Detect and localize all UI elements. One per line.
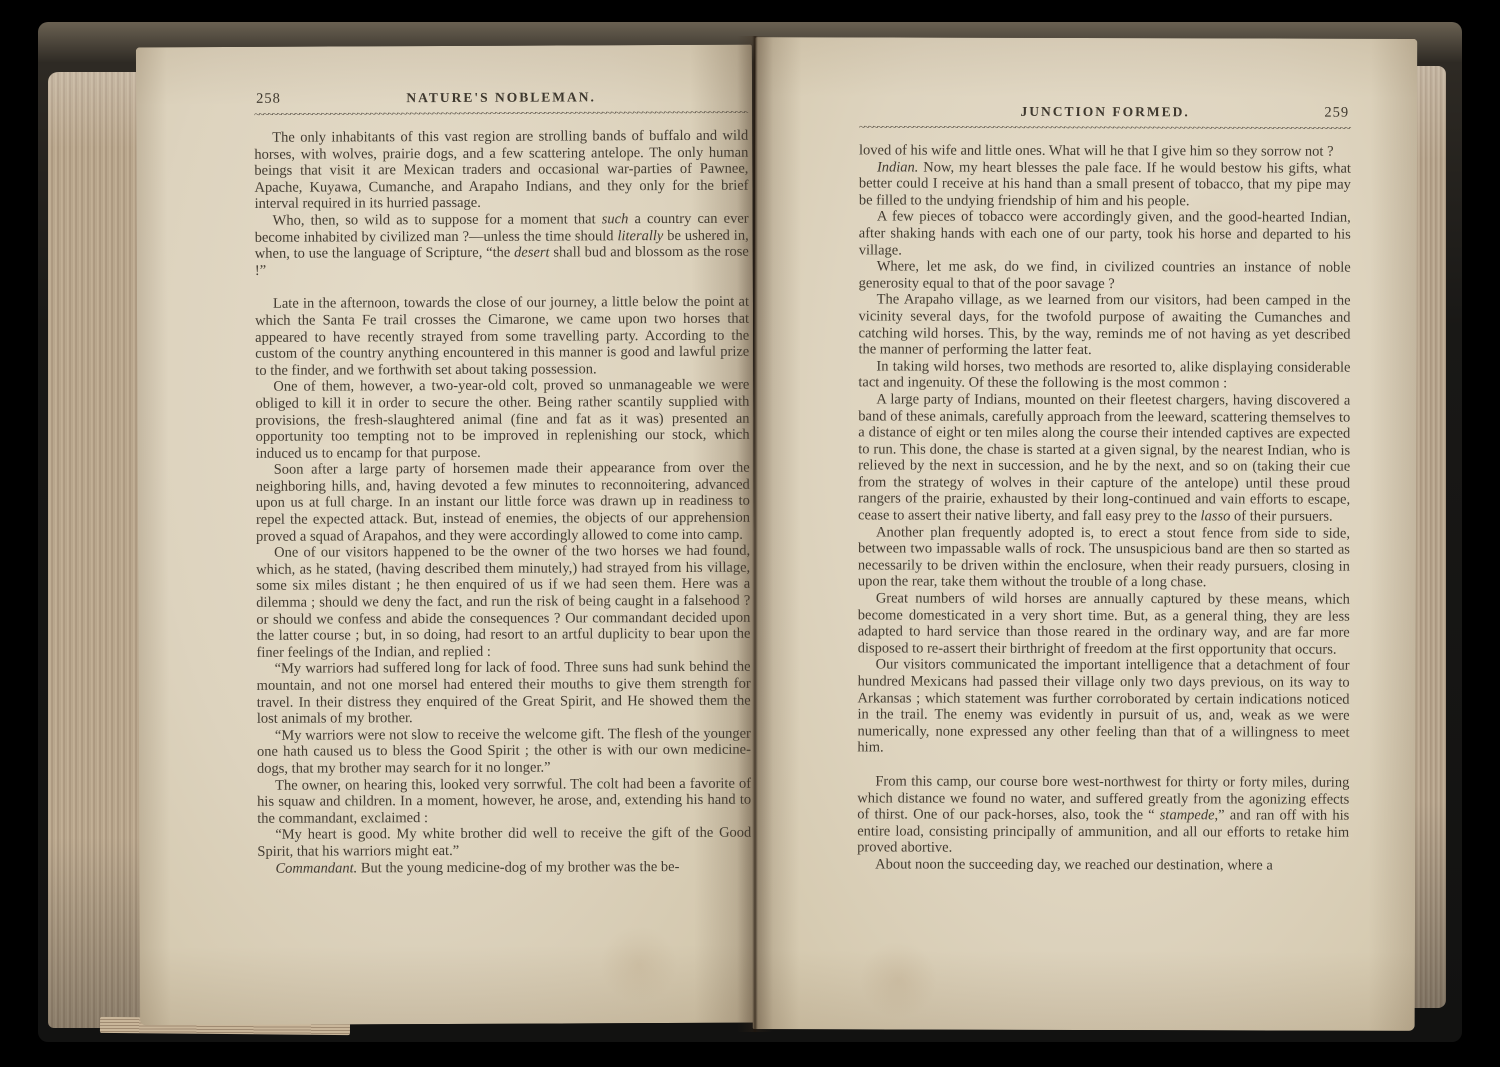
- paragraph: loved of his wife and little ones. What …: [859, 142, 1351, 160]
- paragraph: Soon after a large party of horsemen mad…: [256, 460, 750, 545]
- paragraph: Commandant. But the young medicine-dog o…: [257, 858, 751, 877]
- left-page-text-column: 258 NATURE'S NOBLEMAN. ~~~~~~~~~~~~~~~~~…: [254, 89, 751, 877]
- paragraph: From this camp, our course bore west-nor…: [857, 773, 1349, 857]
- paragraph: About noon the succeeding day, we reache…: [857, 856, 1349, 874]
- separator-rule-left: ~~~~~~~~~~~~~~~~~~~~~~~~~~~~~~~~~~~~~~~~…: [254, 110, 748, 121]
- paragraph: Late in the afternoon, towards the close…: [255, 294, 749, 379]
- paragraph: Where, let me ask, do we find, in civili…: [859, 259, 1351, 293]
- paragraph: The Arapaho village, as we learned from …: [858, 292, 1350, 360]
- paragraph: “My warriors were not slow to receive th…: [257, 725, 751, 777]
- separator-rule-right: ~~~~~~~~~~~~~~~~~~~~~~~~~~~~~~~~~~~~~~~~…: [859, 124, 1351, 134]
- paragraph: A few pieces of tobacco were accordingly…: [859, 209, 1351, 260]
- paragraph: In taking wild horses, two methods are r…: [858, 358, 1350, 392]
- paragraph: Indian. Now, my heart blesses the pale f…: [859, 159, 1351, 210]
- left-running-header: 258 NATURE'S NOBLEMAN.: [254, 89, 748, 111]
- paragraph: Another plan frequently adopted is, to e…: [858, 524, 1350, 592]
- paragraph: The only inhabitants of this vast region…: [254, 128, 748, 213]
- running-title-left: NATURE'S NOBLEMAN.: [254, 89, 748, 108]
- paragraph: Great numbers of wild horses are annuall…: [858, 590, 1350, 658]
- photo-stage: 258 NATURE'S NOBLEMAN. ~~~~~~~~~~~~~~~~~…: [0, 0, 1500, 1067]
- left-page: 258 NATURE'S NOBLEMAN. ~~~~~~~~~~~~~~~~~…: [136, 45, 756, 1026]
- paragraph: The owner, on hearing this, looked very …: [257, 775, 751, 827]
- right-page-text-column: JUNCTION FORMED. 259 ~~~~~~~~~~~~~~~~~~~…: [857, 103, 1351, 874]
- paragraph: A large party of Indians, mounted on the…: [858, 391, 1350, 525]
- right-running-header: JUNCTION FORMED. 259: [859, 103, 1351, 124]
- paragraph: Our visitors communicated the important …: [857, 657, 1349, 758]
- paragraph: One of our visitors happened to be the o…: [256, 543, 751, 661]
- paragraph: Who, then, so wild as to suppose for a m…: [255, 211, 749, 280]
- book: 258 NATURE'S NOBLEMAN. ~~~~~~~~~~~~~~~~~…: [38, 22, 1462, 1042]
- paragraph: One of them, however, a two-year-old col…: [255, 377, 749, 462]
- paragraph: “My heart is good. My white brother did …: [257, 825, 751, 860]
- right-page-body: loved of his wife and little ones. What …: [857, 142, 1351, 874]
- paragraph: “My warriors had suffered long for lack …: [257, 659, 751, 728]
- running-title-right: JUNCTION FORMED.: [859, 103, 1351, 121]
- page-number-right: 259: [1324, 105, 1349, 122]
- left-page-body: The only inhabitants of this vast region…: [254, 128, 751, 877]
- right-page: JUNCTION FORMED. 259 ~~~~~~~~~~~~~~~~~~~…: [753, 37, 1418, 1031]
